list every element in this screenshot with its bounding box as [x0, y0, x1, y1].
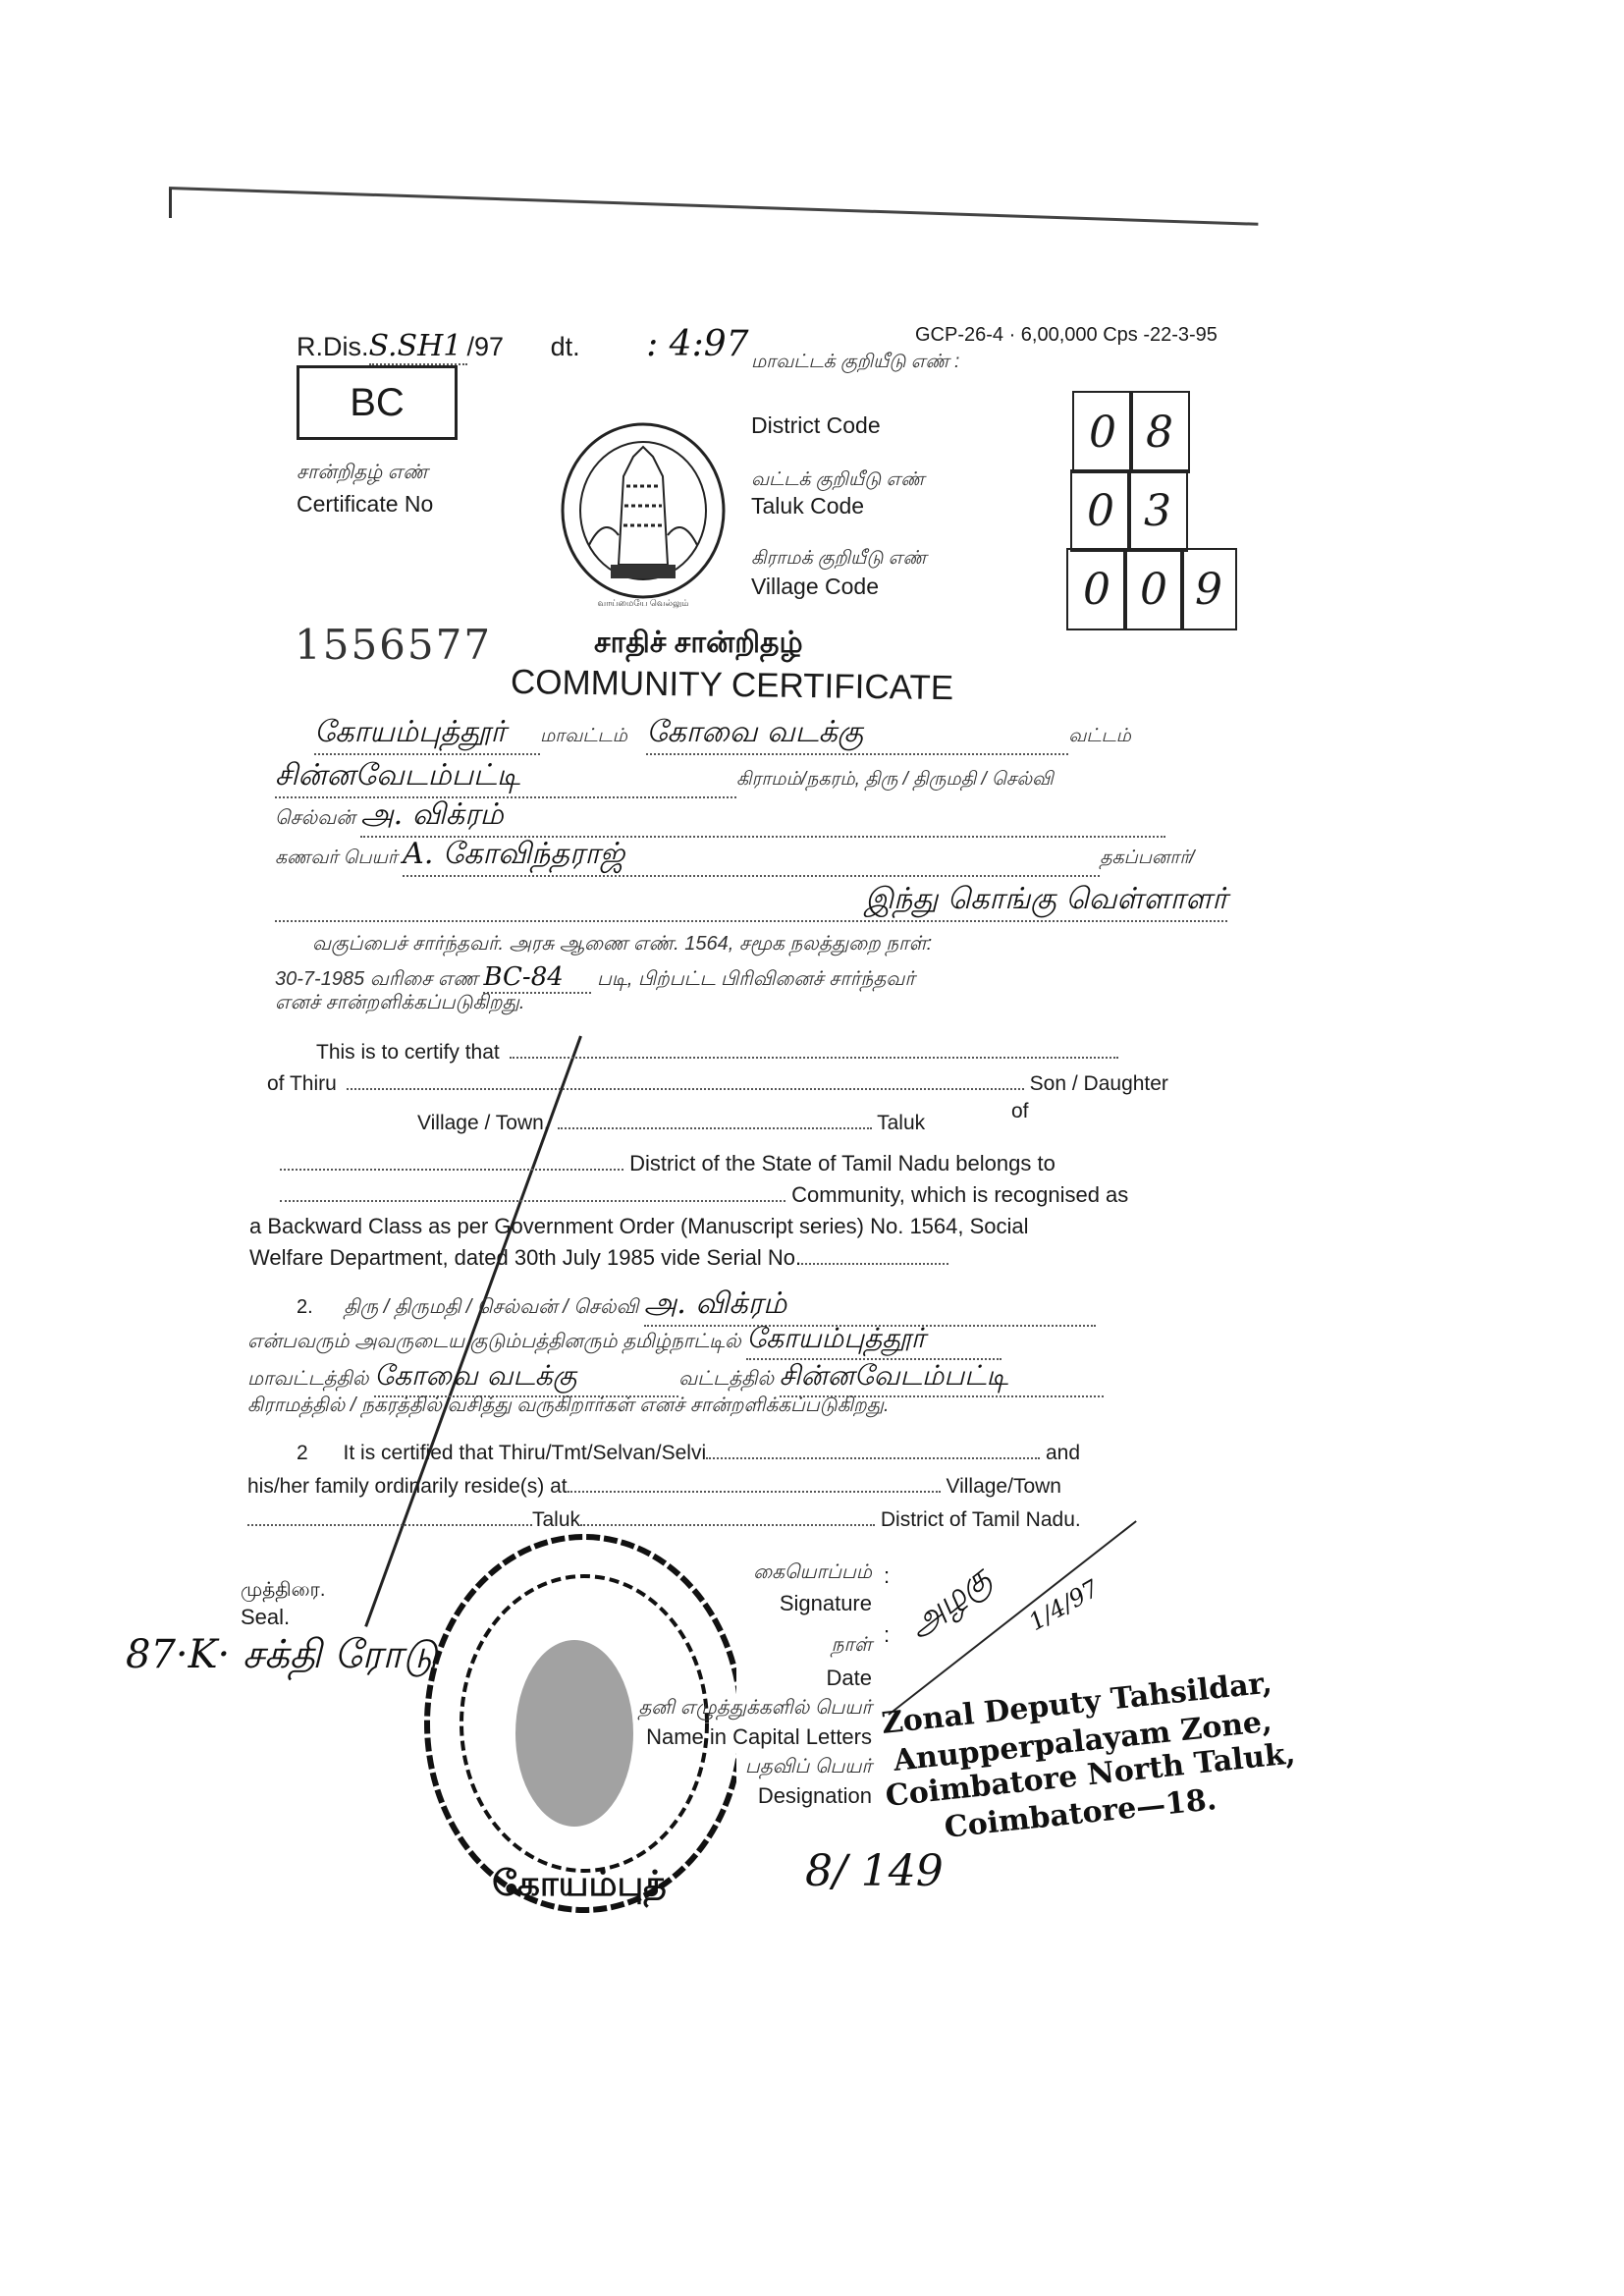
residence-ta-line1: 2. திரு / திருமதி / செல்வன் / செல்வி அ. … — [297, 1286, 1096, 1327]
reference-line: R.Dis.S.SH1/97 dt. : 4:97 — [297, 324, 749, 365]
tamil-district-line: கோயம்புத்தூர்மாவட்டம் கோவை வடக்குவட்டம் — [314, 715, 1237, 755]
taluk-code-label-en: Taluk Code — [751, 493, 864, 519]
signature-label-en: Signature — [705, 1591, 872, 1616]
residence-ta-line3-mid: வட்டத்தில் — [678, 1368, 774, 1390]
village-code-digit-3: 9 — [1180, 548, 1237, 630]
tamil-para-line2-suffix: படி, பிற்பட்ட பிரிவினைச் சார்ந்தவர் — [597, 968, 915, 990]
date-label: dt. — [551, 332, 580, 361]
district-code-digit-2: 8 — [1129, 391, 1190, 473]
tamil-father-value: A. கோவிந்தராஜ் — [403, 837, 1100, 877]
residence-en-line1-blank — [706, 1457, 1040, 1459]
english-line7: Welfare Department, dated 30th July 1985… — [249, 1245, 948, 1271]
name-label-ta: தனி எழுத்துக்களில் பெயர் — [628, 1697, 872, 1722]
residence-en-line2-text: his/her family ordinarily reside(s) at — [247, 1475, 568, 1498]
residence-ta-line3-prefix: மாவட்டத்தில் — [247, 1368, 369, 1390]
english-line7-text: Welfare Department, dated 30th July 1985… — [249, 1245, 801, 1270]
scan-border-tick — [169, 189, 172, 218]
english-line7-blank — [801, 1263, 948, 1265]
certificate-no-label-ta: சான்றிதழ் எண் — [297, 462, 428, 486]
village-code-digit-2: 0 — [1123, 548, 1184, 630]
svg-text:வாய்மையே வெல்லும்: வாய்மையே வெல்லும் — [597, 598, 688, 609]
residence-ta-line2: என்பவரும் அவருடைய குடும்பத்தினரும் தமிழ்… — [247, 1322, 1001, 1360]
certificate-no-label-en: Certificate No — [297, 491, 433, 518]
english-line1-blank — [510, 1057, 1118, 1059]
residence-ta-line4-prefix: கிராமத்தில் / நகரத்தில் — [247, 1394, 442, 1416]
english-line1: This is to certify that — [316, 1041, 1118, 1065]
english-line3-of: of — [1011, 1100, 1029, 1123]
taluk-code-label-ta: வட்டக் குறியீடு எண் — [751, 469, 925, 493]
district-code-label-en: District Code — [751, 412, 881, 439]
ref-value: S.SH1 — [369, 329, 467, 365]
taluk-code-digit-1: 0 — [1070, 469, 1131, 552]
category-box: BC — [297, 365, 458, 440]
tamil-village-value: சின்னவேடம்பட்டி — [275, 758, 736, 798]
official-seal-stamp-icon: கோயம்புத் — [412, 1527, 736, 1920]
date-value: : 4:97 — [646, 324, 748, 364]
residence-ta-district-value: கோயம்புத்தூர் — [746, 1322, 1001, 1360]
svg-text:கோயம்புத்: கோயம்புத் — [492, 1863, 666, 1908]
english-line4: District of the State of Tamil Nadu belo… — [280, 1151, 1056, 1176]
tamil-para-line2: 30-7-1985 வரிசை எண BC-84 படி, பிற்பட்ட ப… — [275, 962, 915, 994]
english-line4-blank — [280, 1169, 623, 1171]
title-tamil: சாதிச் சான்றிதழ் — [594, 627, 803, 664]
residence-ta-taluk-value: கோவை வடக்கு — [374, 1359, 678, 1397]
tamil-para-line2-prefix: 30-7-1985 வரிசை எண — [275, 968, 478, 990]
designation-label-en: Designation — [705, 1783, 872, 1809]
colon-column: :: — [884, 1561, 890, 1679]
tamil-nadu-emblem-icon: வாய்மையே வெல்லும் — [550, 417, 736, 614]
english-line2-suffix: Son / Daughter — [1030, 1072, 1168, 1095]
english-line5-text: Community, which is recognised as — [791, 1182, 1128, 1207]
tamil-name-value: அ. விக்ரம் — [360, 797, 1165, 838]
residence-ta-prefix: திரு / திருமதி / செல்வன் / செல்வி — [344, 1296, 638, 1318]
village-code-digit-1: 0 — [1066, 548, 1127, 630]
english-line5-blank — [280, 1200, 785, 1202]
english-line4-text: District of the State of Tamil Nadu belo… — [629, 1151, 1056, 1175]
tamil-father-prefix: கணவர் பெயர் — [275, 847, 398, 868]
english-line3-blank — [558, 1127, 872, 1129]
tamil-para-line1: வகுப்பைச் சார்ந்தவர். அரசு ஆணை எண். 1564… — [312, 933, 932, 957]
residence-en-line2: his/her family ordinarily reside(s) at V… — [247, 1475, 1061, 1499]
certificate-serial-number: 1556577 — [295, 621, 492, 669]
residence-en-line3-blank-2 — [580, 1524, 875, 1526]
residence-en-line3-end: District of Tamil Nadu. — [881, 1508, 1081, 1531]
ref-label: R.Dis. — [297, 332, 369, 361]
district-code-digit-1: 0 — [1072, 391, 1133, 473]
tamil-taluk-value: கோவை வடக்கு — [646, 715, 1068, 755]
residence-en-line1-text: It is certified that Thiru/Tmt/Selvan/Se… — [344, 1442, 707, 1464]
residence-en-line2-blank — [568, 1491, 941, 1493]
residence-ta-village-value: சின்னவேடம்பட்டி — [780, 1359, 1104, 1397]
tamil-name-line: செல்வன் அ. விக்ரம் — [275, 797, 1165, 838]
tamil-taluk-suffix: வட்டம் — [1068, 726, 1131, 746]
tamil-community-value: இந்து கொங்கு வெள்ளாளர் — [275, 882, 1227, 922]
english-line2-prefix: of Thiru — [267, 1072, 337, 1095]
tamil-name-prefix: செல்வன் — [275, 807, 355, 829]
tamil-community-line: இந்து கொங்கு வெள்ளாளர் — [275, 882, 1227, 922]
signature-value: அழகு — [899, 1558, 1000, 1649]
taluk-code-digit-2: 3 — [1127, 469, 1188, 552]
residence-ta-line3: மாவட்டத்தில் கோவை வடக்குவட்டத்தில் சின்ன… — [247, 1359, 1104, 1397]
english-line2-blank — [347, 1088, 1024, 1090]
category-label: BC — [350, 381, 405, 425]
village-code-label-ta: கிராமக் குறியீடு எண் — [751, 548, 927, 572]
residence-en-line1-end: and — [1046, 1442, 1080, 1464]
residence-en-line1: 2 It is certified that Thiru/Tmt/Selvan/… — [297, 1442, 1080, 1465]
residence-ta-line4-suffix: வசித்து வருகிறார்கள் எனச் சான்றளிக்கப்பட… — [447, 1394, 889, 1416]
residence-ta-name-value: அ. விக்ரம் — [644, 1286, 1096, 1327]
tamil-para-line3: எனச் சான்றளிக்கப்படுகிறது. — [275, 992, 524, 1016]
english-line6: a Backward Class as per Government Order… — [249, 1214, 1029, 1239]
tamil-serial-value: BC-84 — [483, 962, 591, 994]
village-code-label-en: Village Code — [751, 574, 879, 600]
seal-handwritten-annotation: 87·K· சக்தி ரோடு — [126, 1632, 438, 1682]
english-line2: of Thiru Son / Daughter — [267, 1072, 1229, 1096]
english-line3-text: Village / Town, — [417, 1112, 550, 1134]
tamil-father-line: கணவர் பெயர் A. கோவிந்தராஜ்தகப்பனார்/ — [275, 837, 1195, 877]
seal-label-en: Seal. — [241, 1605, 290, 1630]
english-line1-text: This is to certify that — [316, 1041, 500, 1064]
tamil-district-suffix: மாவட்டம் — [540, 726, 627, 746]
english-line5: Community, which is recognised as — [280, 1182, 1128, 1208]
residence-ta-number: 2. — [297, 1296, 313, 1318]
residence-ta-line2-text: என்பவரும் அவருடைய குடும்பத்தினரும் தமிழ்… — [247, 1331, 741, 1352]
district-code-label-ta: மாவட்டக் குறியீடு எண் : — [751, 352, 959, 375]
date-label-ta: நாள் — [705, 1634, 872, 1659]
title-english: COMMUNITY CERTIFICATE — [511, 663, 954, 708]
residence-en-line3-blank-1 — [247, 1524, 532, 1526]
residence-en-number: 2 — [297, 1442, 308, 1464]
scan-border-line — [169, 187, 1258, 226]
english-line3-taluk: Taluk — [877, 1112, 925, 1134]
seal-label-ta: முத்திரை. — [241, 1579, 325, 1604]
residence-ta-line4: கிராமத்தில் / நகரத்தில் வசித்து வருகிறார… — [247, 1394, 890, 1419]
tamil-village-line: சின்னவேடம்பட்டிகிராமம்/நகரம், திரு / திர… — [275, 758, 1054, 798]
name-label-en: Name in Capital Letters — [628, 1724, 872, 1750]
ref-year: /97 — [467, 332, 505, 361]
date-value: 1/4/97 — [1024, 1574, 1104, 1636]
designation-label-ta: பதவிப் பெயர் — [705, 1756, 872, 1780]
tamil-father-suffix: தகப்பனார்/ — [1100, 847, 1194, 868]
tamil-district-value: கோயம்புத்தூர் — [314, 715, 540, 755]
residence-en-line2-end: Village/Town — [946, 1475, 1061, 1498]
tamil-village-suffix: கிராமம்/நகரம், திரு / திருமதி / செல்வி — [736, 769, 1054, 790]
signature-label-ta: கையொப்பம் — [705, 1561, 872, 1586]
english-line3: Village / Town, Taluk — [417, 1112, 925, 1135]
print-code: GCP-26-4 · 6,00,000 Cps -22-3-95 — [915, 324, 1218, 347]
date-label-en: Date — [705, 1666, 872, 1691]
bottom-handwritten-note: 8/ 149 — [805, 1846, 944, 1896]
